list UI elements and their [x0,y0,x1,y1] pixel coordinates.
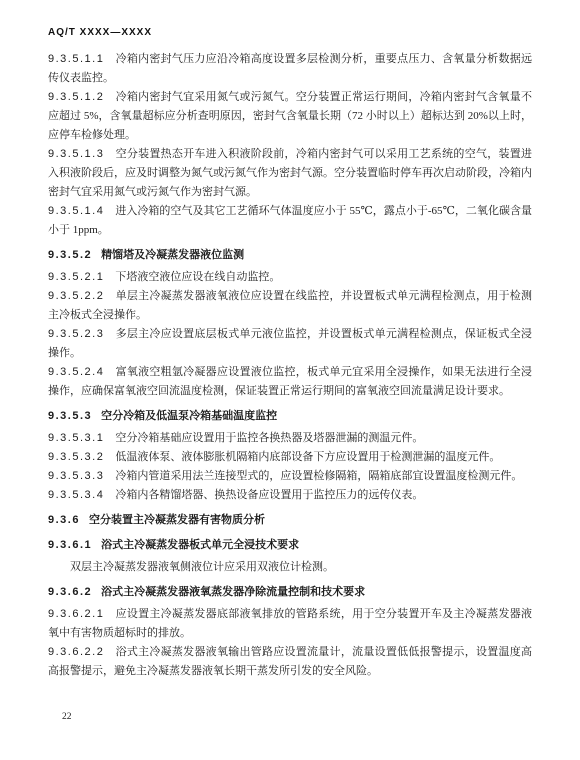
clause-text: 冷箱内管道采用法兰连接型式的，应设置检修隔箱，隔箱底部宜设置温度检测元件。 [115,470,522,482]
body-paragraph: 9.3.5.3.1空分冷箱基础应设置用于监控各换热器及塔器泄漏的测温元件。 [48,429,532,448]
clause-text: 浴式主冷凝蒸发器液氧输出管路应设置流量计，流量设置低低报警提示，设置温度高高报警… [48,646,532,677]
body-paragraph: 9.3.5.2.1下塔液空液位应设在线自动监控。 [48,268,532,287]
clause-number: 9.3.5.2.1 [48,271,104,283]
clause-text: 冷箱内密封气压力应沿冷箱高度设置多层检测分析，重要点压力、含氧量分析数据远传仪表… [48,53,532,84]
body-paragraph: 9.3.6.2.2浴式主冷凝蒸发器液氧输出管路应设置流量计，流量设置低低报警提示… [48,643,532,681]
clause-text: 富氧液空粗氩冷凝器应设置液位监控，板式单元宜采用全浸操作，如果无法进行全浸操作，… [48,366,532,397]
clause-number: 9.3.5.3.3 [48,470,104,482]
clause-number: 9.3.5.3.1 [48,432,104,444]
page-number: 22 [62,712,72,722]
clause-number: 9.3.6.1 [48,539,92,551]
body-paragraph: 9.3.5.2.3多层主冷应设置底层板式单元液位监控，并设置板式单元满程检测点，… [48,325,532,363]
standard-number-header: AQ/T XXXX—XXXX [48,27,152,38]
body-paragraph: 9.3.5.2.2单层主冷凝蒸发器液氧液位应设置在线监控，并设置板式单元满程检测… [48,287,532,325]
body-paragraph: 双层主冷凝蒸发器液氧侧液位计应采用双液位计检测。 [48,558,532,577]
section-heading: 9.3.6.1浴式主冷凝蒸发器板式单元全浸技术要求 [48,536,532,555]
clause-number: 9.3.5.1.3 [48,148,104,160]
section-heading: 9.3.6空分装置主冷凝蒸发器有害物质分析 [48,511,532,530]
clause-number: 9.3.5.2.3 [48,328,104,340]
clause-number: 9.3.6.2 [48,586,92,598]
document-body: 9.3.5.1.1冷箱内密封气压力应沿冷箱高度设置多层检测分析，重要点压力、含氧… [48,50,532,681]
clause-text: 冷箱内各精馏塔器、换热设备应设置用于监控压力的远传仪表。 [115,489,423,501]
heading-text: 空分冷箱及低温泵冷箱基础温度监控 [101,410,277,422]
clause-number: 9.3.5.2.2 [48,290,104,302]
body-paragraph: 9.3.5.1.1冷箱内密封气压力应沿冷箱高度设置多层检测分析，重要点压力、含氧… [48,50,532,88]
clause-number: 9.3.5.1.4 [48,205,104,217]
document-page: AQ/T XXXX—XXXX 9.3.5.1.1冷箱内密封气压力应沿冷箱高度设置… [0,0,580,760]
clause-text: 空分装置热态开车进入积液阶段前，冷箱内密封气可以采用工艺系统的空气，装置进入积液… [48,148,532,198]
clause-number: 9.3.5.1.1 [48,53,104,65]
clause-text: 多层主冷应设置底层板式单元液位监控，并设置板式单元满程检测点，保证板式全浸操作。 [48,328,532,359]
body-paragraph: 9.3.5.1.3空分装置热态开车进入积液阶段前，冷箱内密封气可以采用工艺系统的… [48,145,532,202]
clause-text: 下塔液空液位应设在线自动监控。 [115,271,280,283]
section-heading: 9.3.5.3空分冷箱及低温泵冷箱基础温度监控 [48,407,532,426]
section-heading: 9.3.6.2浴式主冷凝蒸发器液氧蒸发器净除流量控制和技术要求 [48,583,532,602]
clause-number: 9.3.5.2 [48,249,92,261]
clause-text: 应设置主冷凝蒸发器底部液氧排放的管路系统，用于空分装置开车及主冷凝蒸发器液氧中有… [48,608,532,639]
clause-text: 单层主冷凝蒸发器液氧液位应设置在线监控，并设置板式单元满程检测点，用于检测主冷板… [48,290,532,321]
clause-text: 进入冷箱的空气及其它工艺循环气体温度应小于 55℃，露点小于-65℃，二氧化碳含… [48,205,532,236]
body-paragraph: 9.3.5.3.2低温液体泵、液体膨胀机隔箱内底部设备下方应设置用于检测泄漏的温… [48,448,532,467]
clause-text: 低温液体泵、液体膨胀机隔箱内底部设备下方应设置用于检测泄漏的温度元件。 [115,451,500,463]
body-paragraph: 9.3.5.2.4富氧液空粗氩冷凝器应设置液位监控，板式单元宜采用全浸操作，如果… [48,363,532,401]
section-heading: 9.3.5.2精馏塔及冷凝蒸发器液位监测 [48,246,532,265]
clause-number: 9.3.5.3.2 [48,451,104,463]
clause-text: 冷箱内密封气宜采用氮气或污氮气。空分装置正常运行期间，冷箱内密封气含氧量不应超过… [48,91,532,141]
body-paragraph: 9.3.6.2.1应设置主冷凝蒸发器底部液氧排放的管路系统，用于空分装置开车及主… [48,605,532,643]
body-paragraph: 9.3.5.1.2冷箱内密封气宜采用氮气或污氮气。空分装置正常运行期间，冷箱内密… [48,88,532,145]
clause-number: 9.3.5.3 [48,410,92,422]
heading-text: 浴式主冷凝蒸发器液氧蒸发器净除流量控制和技术要求 [101,586,365,598]
clause-number: 9.3.6.2.1 [48,608,104,620]
body-paragraph: 9.3.5.3.4冷箱内各精馏塔器、换热设备应设置用于监控压力的远传仪表。 [48,486,532,505]
heading-text: 精馏塔及冷凝蒸发器液位监测 [101,249,244,261]
heading-text: 浴式主冷凝蒸发器板式单元全浸技术要求 [101,539,299,551]
clause-text: 空分冷箱基础应设置用于监控各换热器及塔器泄漏的测温元件。 [115,432,423,444]
clause-number: 9.3.6.2.2 [48,646,104,658]
clause-number: 9.3.6 [48,514,80,526]
clause-text: 双层主冷凝蒸发器液氧侧液位计应采用双液位计检测。 [70,561,334,573]
heading-text: 空分装置主冷凝蒸发器有害物质分析 [89,514,265,526]
clause-number: 9.3.5.3.4 [48,489,104,501]
body-paragraph: 9.3.5.3.3冷箱内管道采用法兰连接型式的，应设置检修隔箱，隔箱底部宜设置温… [48,467,532,486]
clause-number: 9.3.5.2.4 [48,366,104,378]
body-paragraph: 9.3.5.1.4进入冷箱的空气及其它工艺循环气体温度应小于 55℃，露点小于-… [48,202,532,240]
clause-number: 9.3.5.1.2 [48,91,104,103]
